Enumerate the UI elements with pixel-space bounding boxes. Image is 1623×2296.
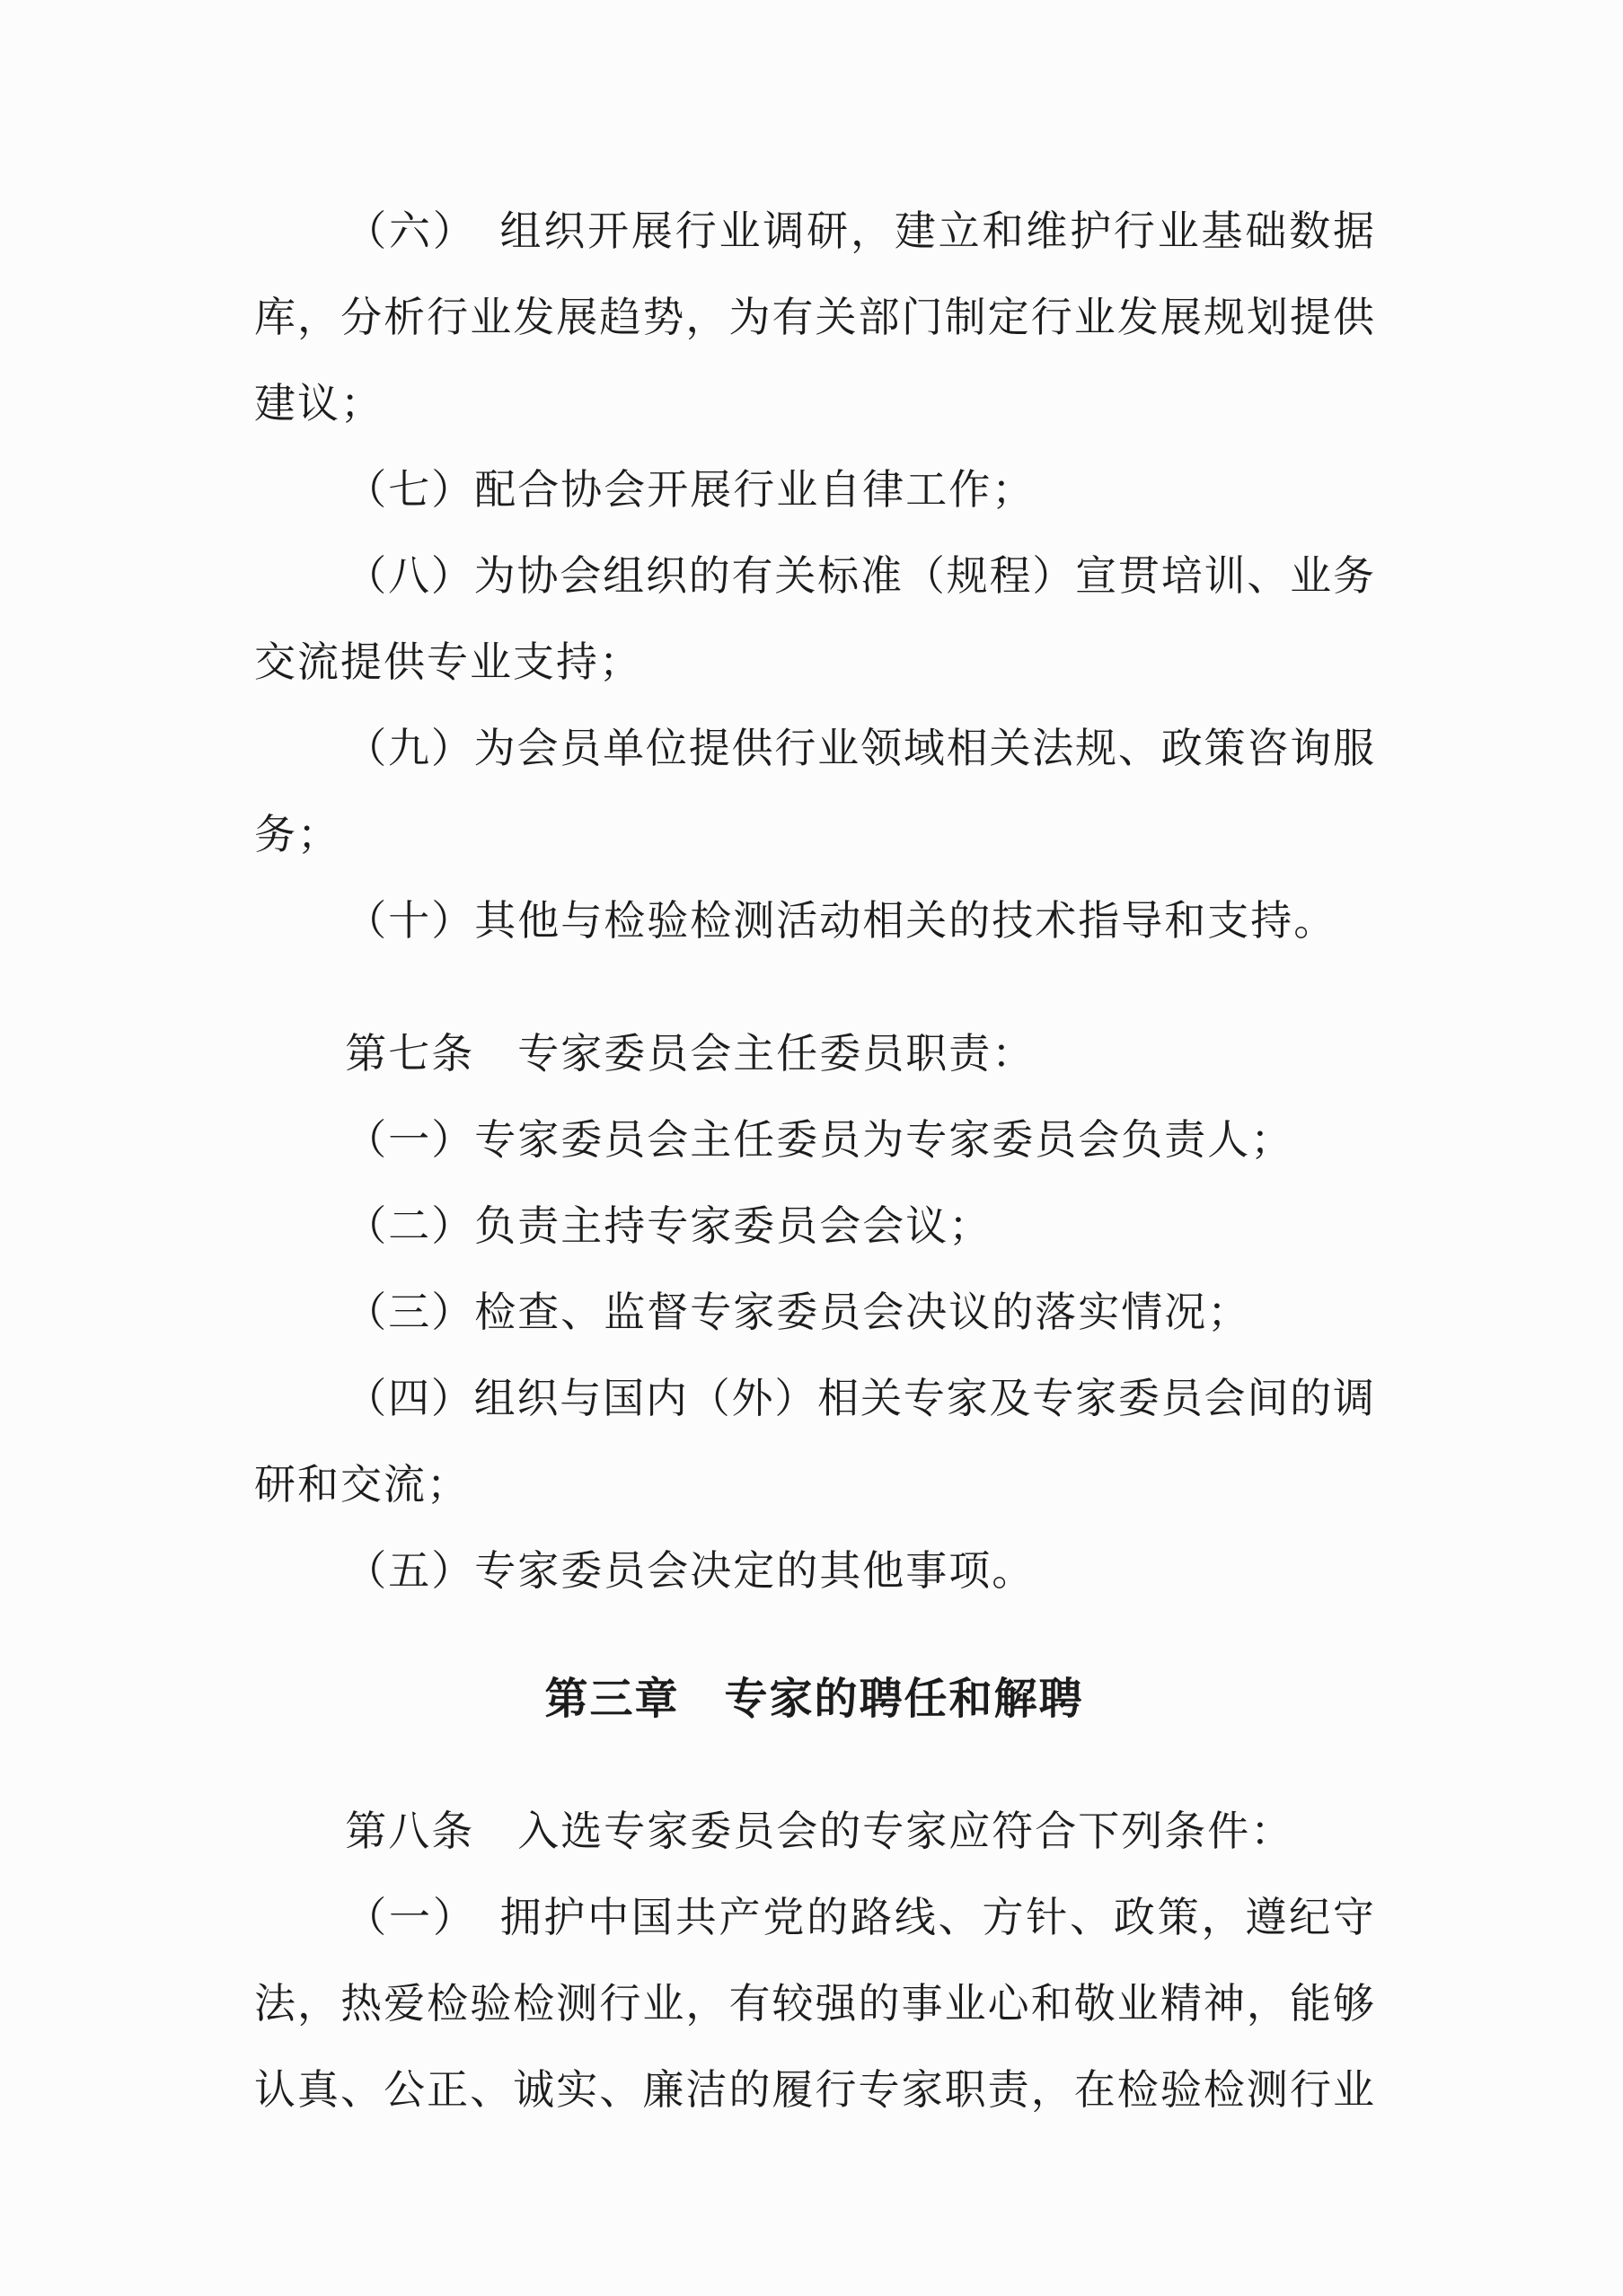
doc-line: 第八条 入选专家委员会的专家应符合下列条件： (254, 1789, 1374, 1875)
paragraph-item: （六） 组织开展行业调研，建立和维护行业基础数据库，分析行业发展趋势，为有关部门… (254, 189, 1374, 447)
paragraph-item: （八）为协会组织的有关标准（规程）宣贯培训、业务交流提供专业支持； (254, 533, 1374, 706)
doc-line: 认真、公正、诚实、廉洁的履行专家职责，在检验检测行业 (254, 2047, 1374, 2133)
paragraph-item: （四）组织与国内（外）相关专家及专家委员会间的调研和交流； (254, 1356, 1374, 1528)
document-page: （六） 组织开展行业调研，建立和维护行业基础数据库，分析行业发展趋势，为有关部门… (0, 0, 1623, 2296)
doc-line: 法，热爱检验检测行业，有较强的事业心和敬业精神，能够 (254, 1961, 1374, 2047)
paragraph-item: （二）负责主持专家委员会会议； (254, 1183, 1374, 1270)
doc-line: （一）专家委员会主任委员为专家委员会负责人； (254, 1097, 1374, 1183)
doc-line: 库，分析行业发展趋势，为有关部门制定行业发展规划提供 (254, 275, 1374, 361)
chapter-heading: 第三章 专家的聘任和解聘 (254, 1657, 1374, 1743)
paragraph-item: （一）专家委员会主任委员为专家委员会负责人； (254, 1097, 1374, 1183)
doc-line: 第三章 专家的聘任和解聘 (254, 1657, 1374, 1743)
paragraph-item: （十）其他与检验检测活动相关的技术指导和支持。 (254, 878, 1374, 964)
doc-line: （七）配合协会开展行业自律工作； (254, 447, 1374, 533)
doc-line: （十）其他与检验检测活动相关的技术指导和支持。 (254, 878, 1374, 964)
doc-line: 建议； (254, 361, 1374, 447)
doc-line: （九）为会员单位提供行业领域相关法规、政策咨询服 (254, 706, 1374, 792)
doc-line: （一） 拥护中国共产党的路线、方针、政策，遵纪守 (254, 1875, 1374, 1961)
doc-line: 第七条 专家委员会主任委员职责： (254, 1011, 1374, 1097)
article-heading: 第七条 专家委员会主任委员职责： (254, 1011, 1374, 1097)
doc-line: （五）专家委员会决定的其他事项。 (254, 1528, 1374, 1614)
doc-line: 研和交流； (254, 1442, 1374, 1528)
doc-line: 务； (254, 792, 1374, 878)
document-body: （六） 组织开展行业调研，建立和维护行业基础数据库，分析行业发展趋势，为有关部门… (254, 189, 1374, 2133)
doc-line: （八）为协会组织的有关标准（规程）宣贯培训、业务 (254, 533, 1374, 620)
paragraph-item: （九）为会员单位提供行业领域相关法规、政策咨询服务； (254, 706, 1374, 878)
doc-line: （二）负责主持专家委员会会议； (254, 1183, 1374, 1270)
doc-line: （四）组织与国内（外）相关专家及专家委员会间的调 (254, 1356, 1374, 1442)
doc-line: 交流提供专业支持； (254, 620, 1374, 706)
paragraph-item: （一） 拥护中国共产党的路线、方针、政策，遵纪守法，热爱检验检测行业，有较强的事… (254, 1875, 1374, 2133)
paragraph-item: （七）配合协会开展行业自律工作； (254, 447, 1374, 533)
article-heading: 第八条 入选专家委员会的专家应符合下列条件： (254, 1789, 1374, 1875)
paragraph-item: （五）专家委员会决定的其他事项。 (254, 1528, 1374, 1614)
doc-line: （六） 组织开展行业调研，建立和维护行业基础数据 (254, 189, 1374, 275)
doc-line: （三）检查、监督专家委员会决议的落实情况； (254, 1270, 1374, 1356)
paragraph-item: （三）检查、监督专家委员会决议的落实情况； (254, 1270, 1374, 1356)
